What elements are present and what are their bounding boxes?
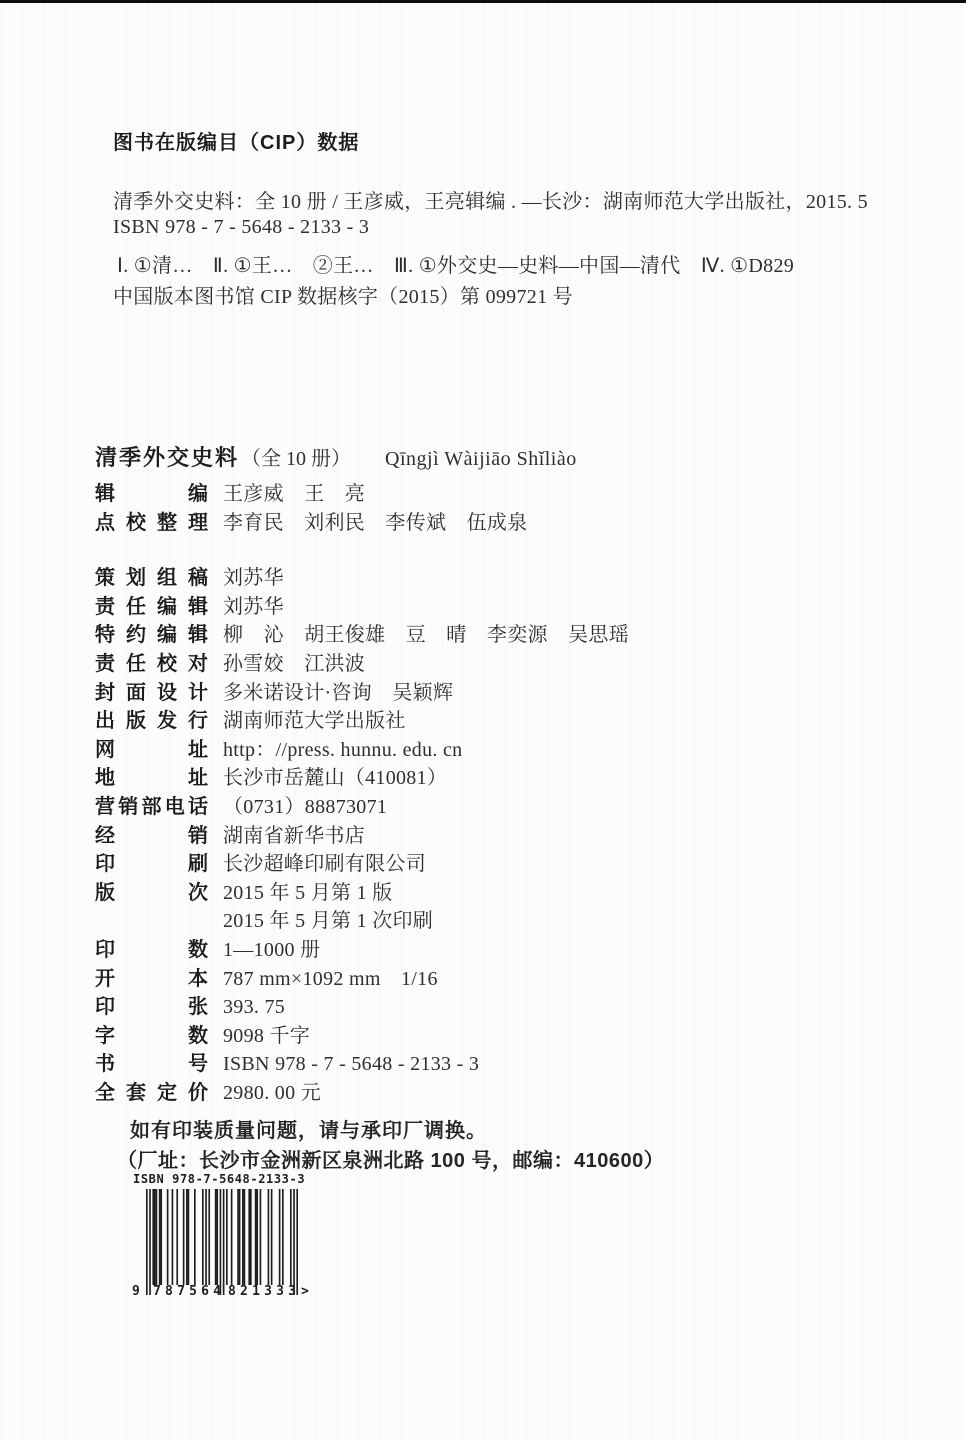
credit-label: 营销部电话 [95,793,208,822]
cip-description: 清季外交史料：全 10 册 / 王彦威，王亮辑编 . —长沙：湖南师范大学出版社… [113,185,868,214]
credit-value: http：//press. hunnu. edu. cn [223,736,462,765]
credit-label: 辑编 [95,480,208,509]
credit-value: 湖南师范大学出版社 [223,707,406,736]
credit-value: 长沙市岳麓山（410081） [223,764,447,793]
barcode-digits-right: 821333 [228,1284,296,1299]
barcode-isbn-text: ISBN 978-7-5648-2133-3 [133,1172,305,1186]
credit-row: 营销部电话（0731）88873071 [95,793,915,822]
book-title-line: 清季外交史料（全 10 册）Qīngjì Wàijiāo Shǐliào [95,441,577,472]
credit-label: 书号 [95,1050,208,1079]
credit-value: 787 mm×1092 mm 1/16 [223,965,438,994]
credit-row: 点校整理李育民 刘利民 李传斌 伍成泉 [95,509,915,538]
credit-label: 封面设计 [95,679,208,708]
credits-list: 辑编王彦威 王 亮点校整理李育民 刘利民 李传斌 伍成泉策划组稿刘苏华责任编辑刘… [95,480,915,1107]
credit-label: 开本 [95,965,208,994]
book-title-pinyin: Qīngjì Wàijiāo Shǐliào [385,448,577,470]
barcode-section: ISBN 978-7-5648-2133-3 9 787564 821333 > [133,1172,333,1304]
credit-row: 印张393. 75 [95,993,915,1022]
barcode-digit-suffix: > [301,1284,309,1299]
credit-value: 柳 沁 胡王俊雄 豆 晴 李奕源 吴思瑶 [223,621,629,650]
cip-header: 图书在版编目（CIP）数据 [113,126,359,155]
cip-isbn: ISBN 978 - 7 - 5648 - 2133 - 3 [113,216,369,239]
book-title-chinese: 清季外交史料 [95,445,239,470]
credit-row: 策划组稿刘苏华 [95,564,915,593]
credit-label: 策划组稿 [95,564,208,593]
credit-value: 9098 千字 [223,1022,310,1051]
credit-value: ISBN 978 - 7 - 5648 - 2133 - 3 [223,1050,479,1079]
credit-value: 刘苏华 [223,593,284,622]
book-title-volumes: （全 10 册） [241,448,351,470]
credit-value: （0731）88873071 [223,793,387,822]
barcode-digit-prefix: 9 [132,1284,140,1299]
credit-row: 出版发行湖南师范大学出版社 [95,707,915,736]
page-top-edge-line [0,0,966,3]
credit-row: 网址http：//press. hunnu. edu. cn [95,736,915,765]
credit-row: 印数1—1000 册 [95,936,915,965]
credit-label: 印刷 [95,850,208,879]
ean13-barcode [146,1189,298,1299]
credit-value: 393. 75 [223,993,285,1022]
credit-row: 特约编辑柳 沁 胡王俊雄 豆 晴 李奕源 吴思瑶 [95,621,915,650]
credit-row: 封面设计多米诺设计·咨询 吴颖辉 [95,679,915,708]
credit-row: 版次2015 年 5 月第 1 版2015 年 5 月第 1 次印刷 [95,879,915,936]
credit-row: 字数9098 千字 [95,1022,915,1051]
credit-label: 版次 [95,879,208,908]
credit-label: 责任校对 [95,650,208,679]
credit-row: 地址长沙市岳麓山（410081） [95,764,915,793]
credit-label: 经销 [95,822,208,851]
barcode-digits-left: 787564 [153,1284,221,1299]
print-quality-notice: 如有印装质量问题，请与承印厂调换。 [130,1114,487,1143]
credit-row: 印刷长沙超峰印刷有限公司 [95,850,915,879]
credit-label: 点校整理 [95,509,208,538]
credit-value: 王彦威 王 亮 [223,480,365,509]
credit-row: 开本787 mm×1092 mm 1/16 [95,965,915,994]
credit-label: 网址 [95,736,208,765]
credit-row: 责任校对孙雪姣 江洪波 [95,650,915,679]
credit-label: 印数 [95,936,208,965]
credit-value: 1—1000 册 [223,936,320,965]
credit-value: 2980. 00 元 [223,1079,321,1108]
credit-value: 多米诺设计·咨询 吴颖辉 [223,679,453,708]
credit-value: 长沙超峰印刷有限公司 [223,850,426,879]
credit-label: 责任编辑 [95,593,208,622]
credit-value: 孙雪姣 江洪波 [223,650,365,679]
credit-label: 全套定价 [95,1079,208,1108]
cip-classification: Ⅰ. ①清… Ⅱ. ①王… ②王… Ⅲ. ①外交史—史料—中国—清代 Ⅳ. ①D… [117,249,794,278]
printer-address: （厂址：长沙市金洲新区泉洲北路 100 号，邮编：410600） [117,1144,664,1173]
credit-row: 书号ISBN 978 - 7 - 5648 - 2133 - 3 [95,1050,915,1079]
credit-row: 全套定价2980. 00 元 [95,1079,915,1108]
credit-label: 字数 [95,1022,208,1051]
credit-label: 印张 [95,993,208,1022]
credit-row: 辑编王彦威 王 亮 [95,480,915,509]
credit-row: 责任编辑刘苏华 [95,593,915,622]
cip-record-number: 中国版本图书馆 CIP 数据核字（2015）第 099721 号 [113,280,573,309]
credit-value: 湖南省新华书店 [223,822,365,851]
credit-value: 刘苏华 [223,564,284,593]
credit-value: 李育民 刘利民 李传斌 伍成泉 [223,509,528,538]
credit-row: 经销湖南省新华书店 [95,822,915,851]
credit-label: 出版发行 [95,707,208,736]
credit-value: 2015 年 5 月第 1 版2015 年 5 月第 1 次印刷 [223,879,433,936]
credit-label: 地址 [95,764,208,793]
copyright-page: 图书在版编目（CIP）数据 清季外交史料：全 10 册 / 王彦威，王亮辑编 .… [0,0,966,1439]
credit-label: 特约编辑 [95,621,208,650]
